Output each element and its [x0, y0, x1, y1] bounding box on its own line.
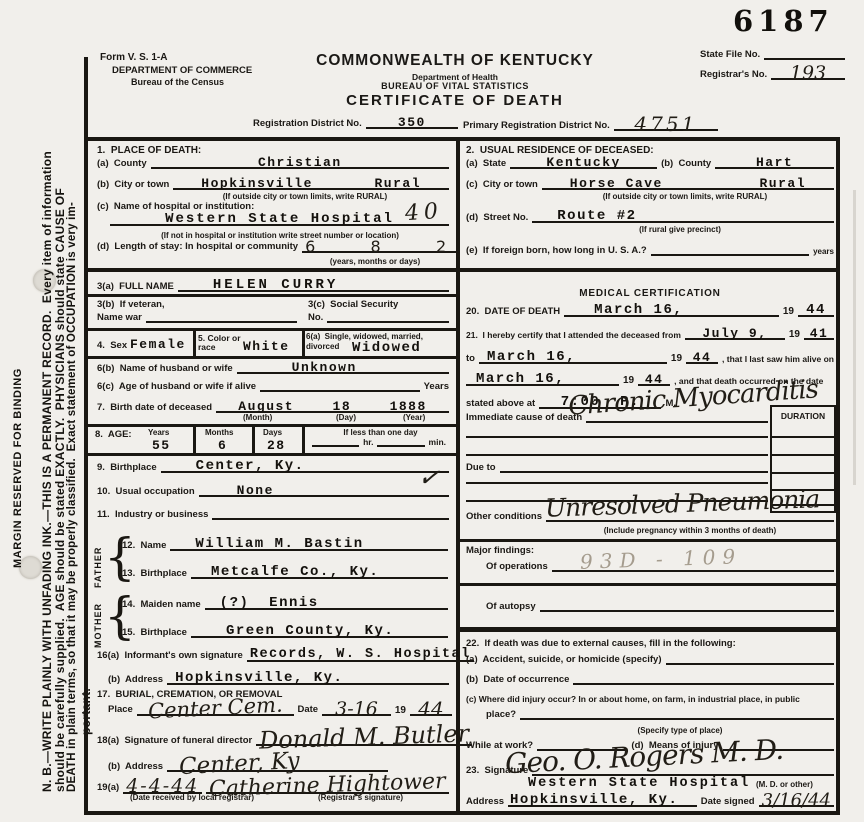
length-of-stay-field: (d) Length of stay: In hospital or commu…: [97, 241, 449, 253]
registrar-no-value: 193: [790, 66, 826, 81]
age-years-value: 55: [152, 439, 171, 452]
injury-place-field: place?: [486, 710, 834, 720]
father-birthplace-value: Metcalfe Co., Ky.: [211, 565, 379, 579]
length-of-stay-value: 6 8 2: [305, 241, 456, 254]
margin-binding-note: MARGIN RESERVED FOR BINDING: [12, 368, 24, 568]
informant-address-value: Hopkinsville, Ky.: [175, 671, 343, 685]
date-of-death-value: March 16,: [594, 303, 683, 317]
race-label: 5. Color or race: [198, 334, 241, 353]
marital-value: Widowed: [352, 341, 421, 355]
race-value: White: [243, 340, 290, 353]
full-name-field: 3(a) FULL NAME HELEN CURRY: [97, 278, 449, 292]
rule: [88, 453, 456, 456]
duration-line: [772, 454, 834, 456]
rule: [460, 627, 840, 632]
physician-org-value: Western State Hospital: [528, 777, 750, 791]
last-saw-year: 44: [645, 373, 664, 386]
burial-date-value: 3-16: [335, 702, 378, 717]
primary-district-value: 4751: [634, 116, 697, 132]
attended-to-year: 44: [693, 351, 712, 364]
name-war-field: Name war: [97, 313, 297, 323]
ssn-field: No.: [308, 313, 449, 323]
funeral-director-field: 18(a) Signature of funeral director Dona…: [97, 728, 449, 746]
date-signed-value: 3/16/44: [762, 794, 831, 808]
registrar-receipt-field: 19(a) 4-4-44 Catherine Hightower: [97, 777, 449, 794]
commonwealth-title: COMMONWEALTH OF KENTUCKY: [290, 52, 620, 70]
father-name-field: 12. Name William M. Bastin: [122, 537, 448, 551]
birthplace-field: 9. Birthplace Center, Ky.: [97, 459, 449, 473]
rule: [88, 328, 456, 331]
state-file-no-field: State File No.: [700, 50, 845, 60]
veteran-label: 3(b) If veteran,: [97, 300, 165, 310]
res-city-caption: (If outside city or town limits, write R…: [555, 192, 815, 201]
department-of-commerce: DEPARTMENT OF COMMERCE: [112, 66, 252, 76]
length-of-stay-caption: (years, months or days): [300, 257, 450, 266]
occupation-value: None: [237, 484, 274, 497]
marital-label2: divorced: [306, 343, 339, 352]
duration-line: [772, 472, 834, 474]
date-of-death-field: 20. DATE OF DEATH March 16, 19 44: [466, 303, 834, 317]
registrar-no-field: Registrar's No. 193: [700, 66, 845, 80]
state-field: (a) State Kentucky (b) County Hart: [466, 156, 834, 169]
place-of-death-title: 1. PLACE OF DEATH:: [97, 145, 201, 156]
county-field: (a) County Christian: [97, 156, 449, 169]
age-days-value: 28: [267, 439, 286, 452]
major-findings-label: Major findings:: [466, 546, 534, 556]
rule: [88, 294, 456, 297]
month-caption: (Month): [243, 413, 272, 422]
foreign-born-field: (e) If foreign born, how long in U. S. A…: [466, 246, 834, 256]
occurrence-date-field: (b) Date of occurrence: [466, 675, 834, 685]
industry-field: 11. Industry or business: [97, 510, 449, 520]
margin-nb-line2: should be carefully supplied. AGE should…: [53, 188, 67, 792]
full-name-value: HELEN CURRY: [213, 278, 338, 292]
rule: [88, 424, 456, 427]
header-left-rail: [84, 57, 88, 137]
city-field: (b) City or town Hopkinsville Rural: [97, 177, 449, 190]
registration-district-field: Registration District No. 350: [253, 116, 458, 129]
burial-year-value: 44: [418, 701, 443, 717]
duration-label: DURATION: [772, 411, 834, 421]
md-or-other-caption: (M. D. or other): [756, 780, 813, 789]
burial-place-value: Center Cem.: [147, 696, 282, 720]
autopsy-field: Of autopsy: [486, 602, 834, 612]
injury-where-label: (c) Where did injury occur? In or about …: [466, 694, 836, 705]
res-city-field: (c) City or town Horse Cave Rural: [466, 177, 834, 190]
cell-divider: [193, 427, 196, 453]
certificate-title: CERTIFICATE OF DEATH: [290, 92, 620, 109]
margin-nb-line1: N. B.—WRITE PLAINLY WITH UNFADING INK.—T…: [40, 151, 54, 792]
sex-value: Female: [130, 338, 186, 351]
occupation-field: 10. Usual occupation None: [97, 484, 449, 497]
city-caption: (If outside city or town limits, write R…: [180, 192, 430, 201]
bureau-vital-statistics: BUREAU OF VITAL STATISTICS: [290, 81, 620, 91]
file-number: 6187: [733, 4, 834, 38]
birth-day-value: 18: [333, 400, 352, 413]
mother-name-value: (?) Ennis: [220, 596, 319, 610]
hospital-field: Western State Hospital: [110, 212, 449, 226]
mother-birthplace-field: 15. Birthplace Green County, Ky.: [122, 624, 448, 638]
rule: [466, 482, 768, 484]
less-than-day-label: If less than one day: [318, 428, 443, 437]
hr-min-field: hr. min.: [312, 438, 446, 447]
external-causes-title: 22. If death was due to external causes,…: [466, 639, 736, 649]
age-months-value: 6: [218, 439, 227, 452]
res-city-value: Horse Cave: [570, 177, 663, 190]
rule: [88, 356, 456, 359]
section-divider: [88, 268, 836, 272]
husband-age-field: 6(c) Age of husband or wife if alive Yea…: [97, 382, 449, 392]
rule: [466, 454, 768, 456]
hospital-extra-value: 40: [404, 203, 443, 223]
medical-certification-title: MEDICAL CERTIFICATION: [466, 288, 834, 299]
other-conditions-value: Unresolved Pneumonia: [545, 489, 820, 519]
street-value: Route #2: [557, 209, 636, 223]
cell-divider: [252, 427, 255, 453]
attended-from-field: 21. I hereby certify that I attended the…: [466, 327, 834, 340]
check-mark: ✓: [417, 467, 441, 490]
street-caption: (If rural give precinct): [560, 225, 800, 234]
bureau-of-census: Bureau of the Census: [131, 78, 224, 88]
attended-to-value: March 16,: [487, 350, 576, 364]
informant-address-field: (b) Address Hopkinsville, Ky.: [108, 671, 449, 685]
father-side-label: FATHER: [93, 547, 103, 588]
informant-value: Records, W. S. Hospital: [250, 648, 471, 662]
physician-address-field: Address Hopkinsville, Ky. Date signed 3/…: [466, 793, 834, 807]
birth-date-field: 7. Birth date of deceased August 18 1888: [97, 400, 449, 413]
registration-district-value: 350: [398, 116, 426, 129]
other-conditions-caption: (Include pregnancy within 3 months of de…: [555, 526, 825, 535]
state-value: Kentucky: [546, 156, 620, 169]
ssn-label: 3(c) Social Security: [308, 300, 398, 310]
cell-divider: [302, 427, 305, 453]
primary-district-field: Primary Registration District No. 4751: [463, 116, 718, 131]
res-rural-value: Rural: [759, 177, 806, 190]
funeral-director-value: Donald M. Butler: [259, 724, 470, 751]
mother-name-field: 14. Maiden name (?) Ennis: [122, 596, 448, 610]
res-county-value: Hart: [756, 156, 793, 169]
rule: [460, 539, 840, 542]
age-months-label: Months: [205, 428, 233, 437]
birthplace-value: Center, Ky.: [196, 459, 305, 473]
accident-field: (a) Accident, suicide, or homicide (spec…: [466, 655, 834, 665]
physician-address-value: Hopkinsville, Ky.: [510, 793, 678, 807]
father-name-value: William M. Bastin: [195, 537, 363, 551]
funeral-address-value: Center, Ky: [179, 752, 300, 777]
attended-from-value: July 9,: [702, 327, 767, 340]
hospital-value: Western State Hospital: [165, 212, 394, 226]
husband-name-field: 6(b) Name of husband or wife Unknown: [97, 361, 449, 374]
attended-to-field: to March 16, 19 44 , that I last saw him…: [466, 350, 834, 364]
rule: [460, 583, 840, 586]
attended-from-year: 41: [810, 327, 829, 340]
margin-nb-line3: DEATH in plain terms, so that it may be …: [66, 202, 78, 792]
rule: [466, 436, 768, 438]
mother-side-label: MOTHER: [93, 603, 103, 648]
death-certificate-scan: MARGIN RESERVED FOR BINDING N. B.—WRITE …: [0, 0, 864, 822]
last-saw-value: March 16,: [476, 372, 565, 386]
funeral-address-field: (b) Address Center, Ky: [108, 755, 388, 772]
scan-streak: [853, 190, 856, 485]
birth-year-value: 1888: [390, 400, 427, 413]
rural-value: Rural: [374, 177, 421, 190]
cell-divider: [302, 331, 305, 357]
burial-field: Place Center Cem. Date 3-16 19 44: [108, 700, 452, 716]
cell-divider: [193, 331, 196, 357]
age-years-label: Years: [148, 428, 169, 437]
date-received-caption: (Date received by local registrar): [130, 793, 254, 802]
informant-field: 16(a) Informant's own signature Records,…: [97, 648, 449, 662]
street-field: (d) Street No. Route #2: [466, 209, 834, 223]
city-value: Hopkinsville: [201, 177, 313, 190]
duration-line: [772, 436, 834, 438]
father-birthplace-field: 13. Birthplace Metcalfe Co., Ky.: [122, 565, 448, 579]
due-to-field: Due to: [466, 463, 768, 473]
mother-birthplace-value: Green County, Ky.: [226, 624, 394, 638]
birth-month-value: August: [238, 400, 294, 413]
sex-label: 4. Sex: [97, 341, 127, 351]
county-value: Christian: [258, 156, 342, 169]
year-caption: (Year): [403, 413, 425, 422]
age-days-label: Days: [263, 428, 282, 437]
husband-name-value: Unknown: [292, 361, 357, 374]
form-number: Form V. S. 1-A: [100, 52, 167, 63]
date-of-death-year: 44: [806, 303, 826, 317]
day-caption: (Day): [336, 413, 356, 422]
registrar-signature-caption: (Registrar's signature): [318, 793, 403, 802]
age-label: 8. AGE:: [95, 430, 132, 440]
